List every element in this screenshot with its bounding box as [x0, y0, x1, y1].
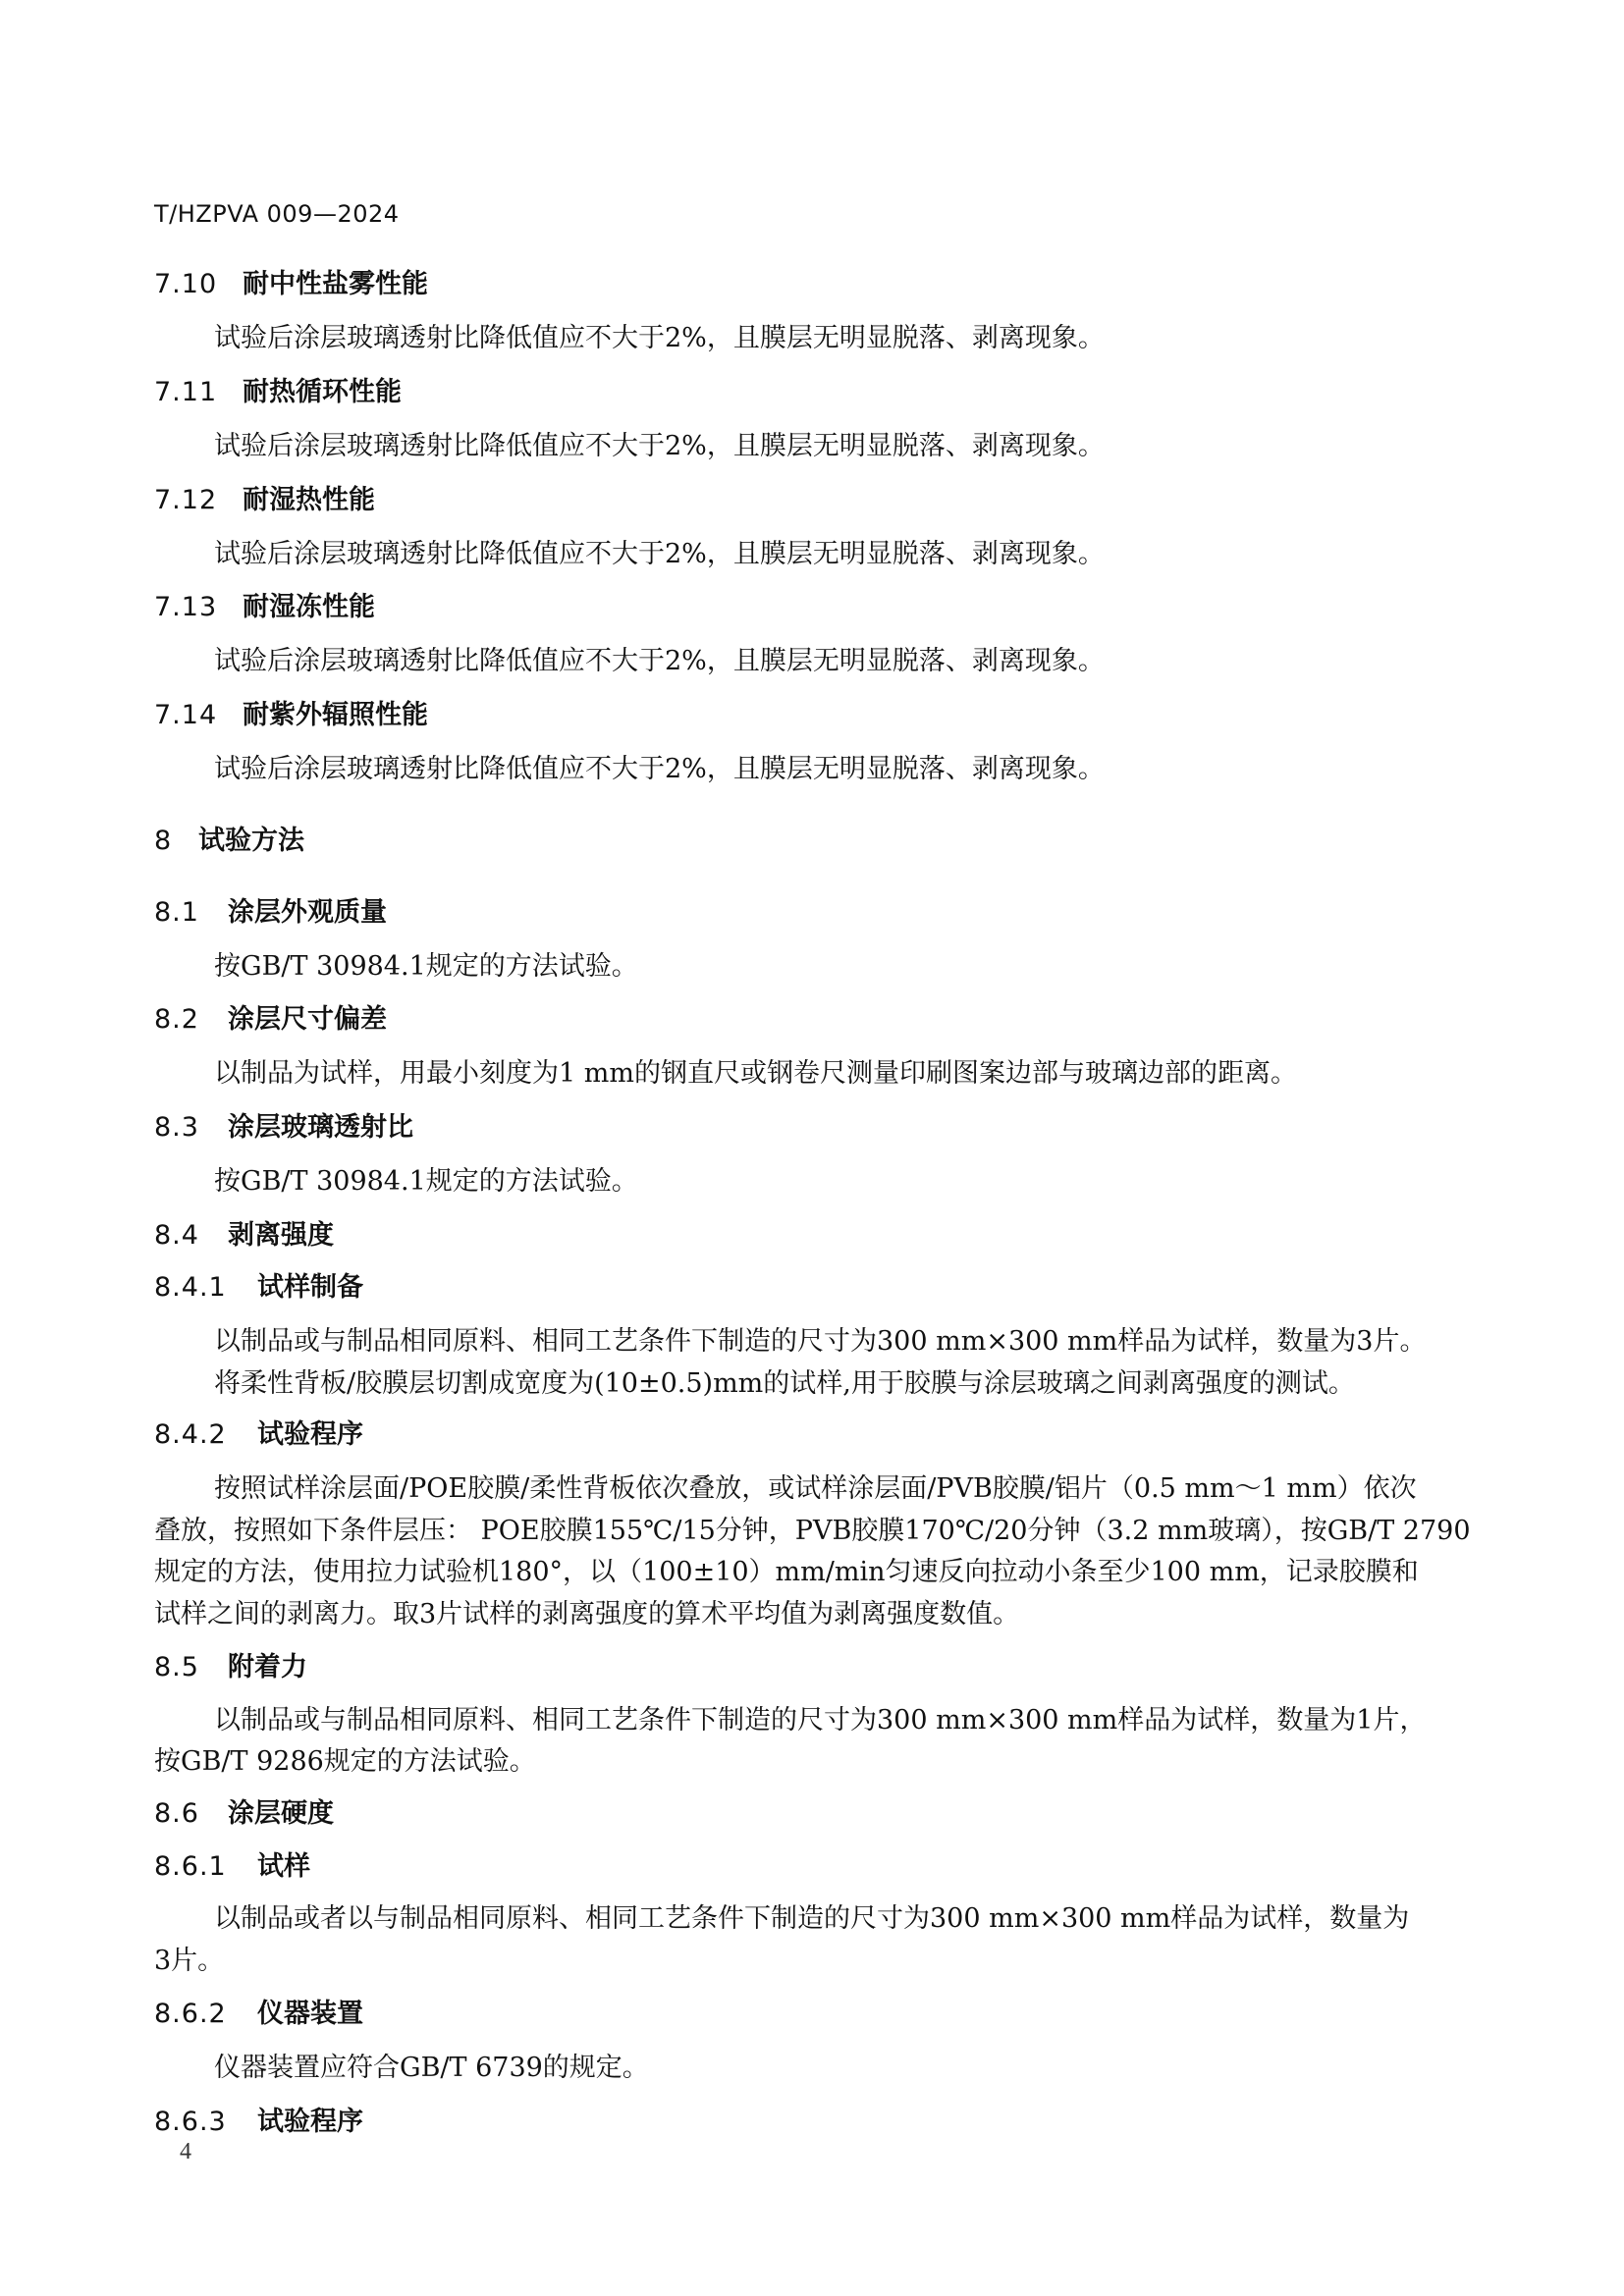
section-title: 试样 [257, 1851, 310, 1882]
paragraph-line: 试样之间的剥离力。取3片试样的剥离强度的算术平均值为剥离强度数值。 [154, 1601, 1019, 1628]
section-heading-7-12: 7.12耐湿热性能 [154, 487, 375, 513]
section-title: 耐湿热性能 [243, 485, 375, 515]
section-number: 8.2 [154, 1006, 228, 1033]
paragraph: 按GB/T 30984.1规定的方法试验。 [214, 1168, 638, 1195]
section-heading-8-5: 8.5附着力 [154, 1654, 307, 1681]
section-title: 涂层外观质量 [228, 897, 387, 928]
section-number: 8.6.1 [154, 1853, 257, 1880]
section-heading-8-4-1: 8.4.1试样制备 [154, 1274, 363, 1301]
section-heading-7-11: 7.11耐热循环性能 [154, 379, 402, 405]
paragraph: 试验后涂层玻璃透射比降低值应不大于2%，且膜层无明显脱落、剥离现象。 [214, 433, 1105, 459]
paragraph-line: 叠放，按照如下条件层压： POE胶膜155℃/15分钟，PVB胶膜170℃/20… [154, 1518, 1471, 1544]
section-heading-8-4-2: 8.4.2试验程序 [154, 1421, 363, 1448]
paragraph: 试验后涂层玻璃透射比降低值应不大于2%，且膜层无明显脱落、剥离现象。 [214, 648, 1105, 674]
section-number: 8 [154, 828, 198, 854]
section-title: 试验方法 [198, 826, 304, 856]
section-heading-7-14: 7.14耐紫外辐照性能 [154, 702, 428, 728]
section-number: 8.6.2 [154, 2001, 257, 2027]
section-heading-7-10: 7.10耐中性盐雾性能 [154, 271, 428, 297]
section-number: 7.14 [154, 702, 243, 728]
paragraph-line: 按照试样涂层面/POE胶膜/柔性背板依次叠放，或试样涂层面/PVB胶膜/铝片（0… [214, 1475, 1417, 1502]
section-heading-8-2: 8.2涂层尺寸偏差 [154, 1006, 387, 1033]
page-number: 4 [180, 2140, 191, 2163]
section-title: 试验程序 [257, 2107, 363, 2137]
section-heading-8-1: 8.1涂层外观质量 [154, 899, 387, 926]
section-number: 7.11 [154, 379, 243, 405]
paragraph-line: 按GB/T 9286规定的方法试验。 [154, 1748, 536, 1775]
paragraph: 试验后涂层玻璃透射比降低值应不大于2%，且膜层无明显脱落、剥离现象。 [214, 541, 1105, 567]
section-number: 7.10 [154, 271, 243, 297]
section-heading-8-6: 8.6涂层硬度 [154, 1800, 334, 1827]
section-title: 试验程序 [257, 1419, 363, 1450]
paragraph-line: 以制品或者以与制品相同原料、相同工艺条件下制造的尺寸为300 mm×300 mm… [214, 1905, 1409, 1932]
paragraph-line: 以制品或与制品相同原料、相同工艺条件下制造的尺寸为300 mm×300 mm样品… [214, 1707, 1426, 1734]
section-number: 7.13 [154, 594, 243, 620]
paragraph: 按GB/T 30984.1规定的方法试验。 [214, 953, 638, 980]
section-number: 8.5 [154, 1654, 228, 1681]
section-heading-8-4: 8.4剥离强度 [154, 1222, 334, 1249]
chapter-heading-8: 8试验方法 [154, 828, 304, 854]
section-heading-8-6-2: 8.6.2仪器装置 [154, 2001, 363, 2027]
section-number: 8.4.2 [154, 1421, 257, 1448]
section-title: 耐热循环性能 [243, 377, 402, 407]
section-number: 8.6.3 [154, 2109, 257, 2135]
section-title: 剥离强度 [228, 1220, 334, 1251]
paragraph-line: 规定的方法，使用拉力试验机180°，以（100±10）mm/min匀速反向拉动小… [154, 1559, 1419, 1585]
paragraph: 试验后涂层玻璃透射比降低值应不大于2%，且膜层无明显脱落、剥离现象。 [214, 325, 1105, 351]
section-number: 8.3 [154, 1114, 228, 1141]
paragraph: 试验后涂层玻璃透射比降低值应不大于2%，且膜层无明显脱落、剥离现象。 [214, 756, 1105, 782]
section-title: 耐湿冻性能 [243, 592, 375, 622]
paragraph: 以制品为试样，用最小刻度为1 mm的钢直尺或钢卷尺测量印刷图案边部与玻璃边部的距… [214, 1060, 1297, 1087]
section-title: 耐紫外辐照性能 [243, 700, 428, 730]
section-heading-8-3: 8.3涂层玻璃透射比 [154, 1114, 413, 1141]
section-title: 耐中性盐雾性能 [243, 269, 428, 299]
paragraph-line: 3片。 [154, 1948, 224, 1974]
section-number: 8.1 [154, 899, 228, 926]
section-title: 涂层尺寸偏差 [228, 1004, 387, 1035]
section-title: 仪器装置 [257, 1999, 363, 2029]
section-title: 涂层硬度 [228, 1798, 334, 1829]
paragraph-line: 以制品或与制品相同原料、相同工艺条件下制造的尺寸为300 mm×300 mm样品… [214, 1328, 1426, 1355]
section-heading-7-13: 7.13耐湿冻性能 [154, 594, 375, 620]
document-id-header: T/HZPVA 009—2024 [154, 202, 400, 226]
section-heading-8-6-3: 8.6.3试验程序 [154, 2109, 363, 2135]
section-title: 附着力 [228, 1652, 307, 1682]
section-number: 8.6 [154, 1800, 228, 1827]
section-title: 涂层玻璃透射比 [228, 1112, 413, 1143]
paragraph: 仪器装置应符合GB/T 6739的规定。 [214, 2055, 649, 2081]
section-title: 试样制备 [257, 1272, 363, 1303]
section-heading-8-6-1: 8.6.1试样 [154, 1853, 310, 1880]
section-number: 7.12 [154, 487, 243, 513]
paragraph-line: 将柔性背板/胶膜层切割成宽度为(10±0.5)mm的试样,用于胶膜与涂层玻璃之间… [214, 1370, 1355, 1397]
section-number: 8.4.1 [154, 1274, 257, 1301]
section-number: 8.4 [154, 1222, 228, 1249]
